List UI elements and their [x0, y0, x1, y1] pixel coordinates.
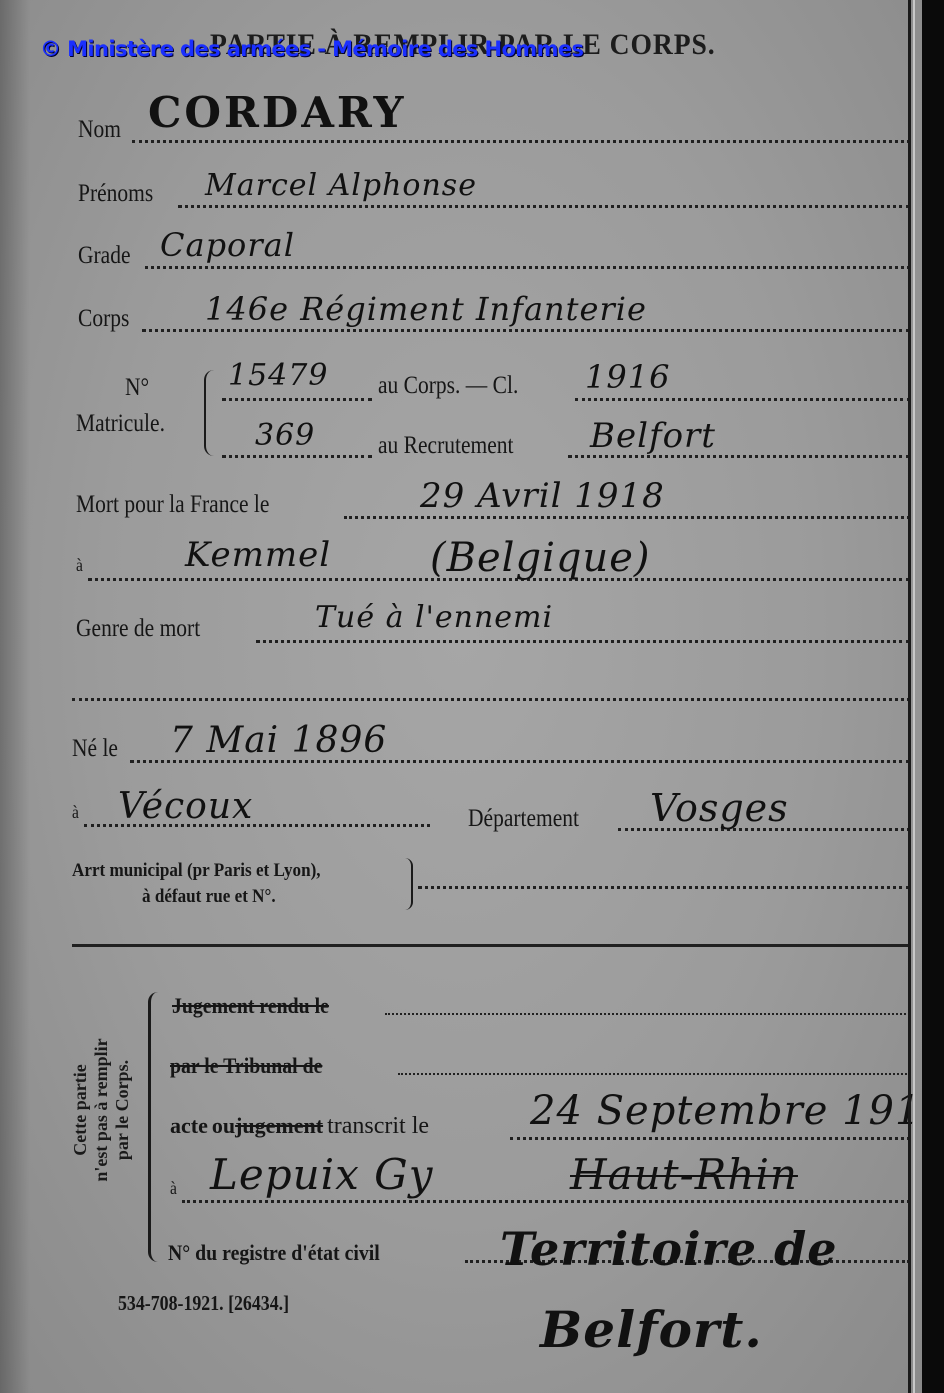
ne-a-value: Vécoux — [118, 786, 253, 827]
matricule-label: Matricule. — [76, 410, 165, 438]
corps-label: Corps — [78, 305, 129, 333]
blank-line — [72, 698, 910, 701]
right-border-highlight — [913, 0, 915, 1393]
corps-line — [142, 329, 910, 332]
arrondissement-brace — [405, 858, 413, 910]
corps-number-line — [222, 398, 372, 401]
grade-line — [145, 266, 910, 269]
side-note-line1: Cette partie — [70, 1025, 91, 1195]
acte-label-d: transcrit le — [327, 1113, 429, 1140]
corps-value: 146e Régiment Infanterie — [205, 290, 647, 328]
transcription-a-value: Lepuix Gy — [210, 1150, 433, 1199]
acte-line — [510, 1137, 910, 1140]
form-reference: 534-708-1921. [26434.] — [118, 1291, 289, 1316]
jugement-line — [385, 1013, 910, 1015]
registre-value-line1: Territoire de — [500, 1222, 838, 1276]
corps-number-value: 15479 — [228, 358, 328, 393]
recrutement-value: Belfort — [590, 416, 716, 456]
transcription-a-label: à — [170, 1178, 177, 1199]
nom-label: Nom — [78, 116, 121, 144]
matricule-brace — [204, 370, 216, 456]
arrondissement-label-line1: Arrt municipal (pr Paris et Lyon), — [72, 860, 321, 882]
right-border-rule — [908, 0, 911, 1393]
ne-le-label: Né le — [72, 735, 118, 763]
recrutement-number-line — [222, 455, 372, 458]
mort-le-value: 29 Avril 1918 — [420, 476, 665, 516]
ne-le-value: 7 Mai 1896 — [170, 720, 387, 761]
section-separator — [72, 944, 910, 947]
grade-value: Caporal — [160, 226, 295, 264]
side-note: Cette partie n'est pas à remplir par le … — [70, 1025, 133, 1195]
prenoms-line — [178, 205, 910, 208]
acte-label-b: ou — [212, 1113, 235, 1139]
side-note-line3: par le Corps. — [112, 1025, 133, 1195]
jugement-label: Jugement rendu le — [172, 993, 329, 1019]
grade-label: Grade — [78, 242, 131, 270]
genre-de-mort-line — [256, 640, 910, 643]
mort-a-value: Kemmel — [185, 535, 331, 575]
transcription-brace — [148, 992, 161, 1262]
tribunal-line — [398, 1073, 910, 1075]
mort-a-label: à — [76, 555, 83, 576]
no-label: N° — [125, 374, 149, 402]
acte-label-c: jugement — [235, 1113, 323, 1139]
acte-label-a: acte — [170, 1113, 208, 1139]
side-note-line2: n'est pas à remplir — [91, 1025, 112, 1195]
transcription-a-value-struck: Haut-Rhin — [570, 1150, 798, 1199]
ne-a-label: à — [72, 802, 79, 823]
classe-line — [575, 398, 910, 401]
acte-value: 24 Septembre 1918 — [530, 1088, 922, 1134]
genre-de-mort-value: Tué à l'ennemi — [315, 600, 553, 635]
arrondissement-label-line2: à défaut rue et N°. — [142, 886, 276, 908]
prenoms-value: Marcel Alphonse — [205, 168, 477, 203]
registre-value-line2: Belfort. — [540, 1300, 763, 1359]
transcription-a-line — [182, 1200, 910, 1203]
mort-le-label: Mort pour la France le — [76, 491, 269, 519]
mort-a-value-country: (Belgique) — [430, 535, 651, 581]
acte-label: acte oujugement transcrit le — [170, 1113, 429, 1140]
genre-de-mort-label: Genre de mort — [76, 615, 200, 643]
nom-line — [132, 140, 910, 143]
recrutement-number-value: 369 — [255, 418, 315, 453]
nom-value: CORDARY — [148, 88, 407, 137]
classe-value: 1916 — [585, 358, 670, 396]
prenoms-label: Prénoms — [78, 180, 153, 208]
document-page: © Ministère des armées - Mémoire des Hom… — [0, 0, 922, 1393]
au-corps-label: au Corps. — Cl. — [378, 372, 518, 400]
copyright-watermark: © Ministère des armées - Mémoire des Hom… — [40, 37, 583, 61]
tribunal-label: par le Tribunal de — [170, 1053, 322, 1079]
mort-le-line — [344, 516, 910, 519]
arrondissement-line — [418, 886, 910, 889]
registre-label: N° du registre d'état civil — [168, 1240, 380, 1266]
departement-value: Vosges — [650, 786, 789, 830]
au-recrutement-label: au Recrutement — [378, 432, 514, 460]
departement-label: Département — [468, 805, 579, 833]
